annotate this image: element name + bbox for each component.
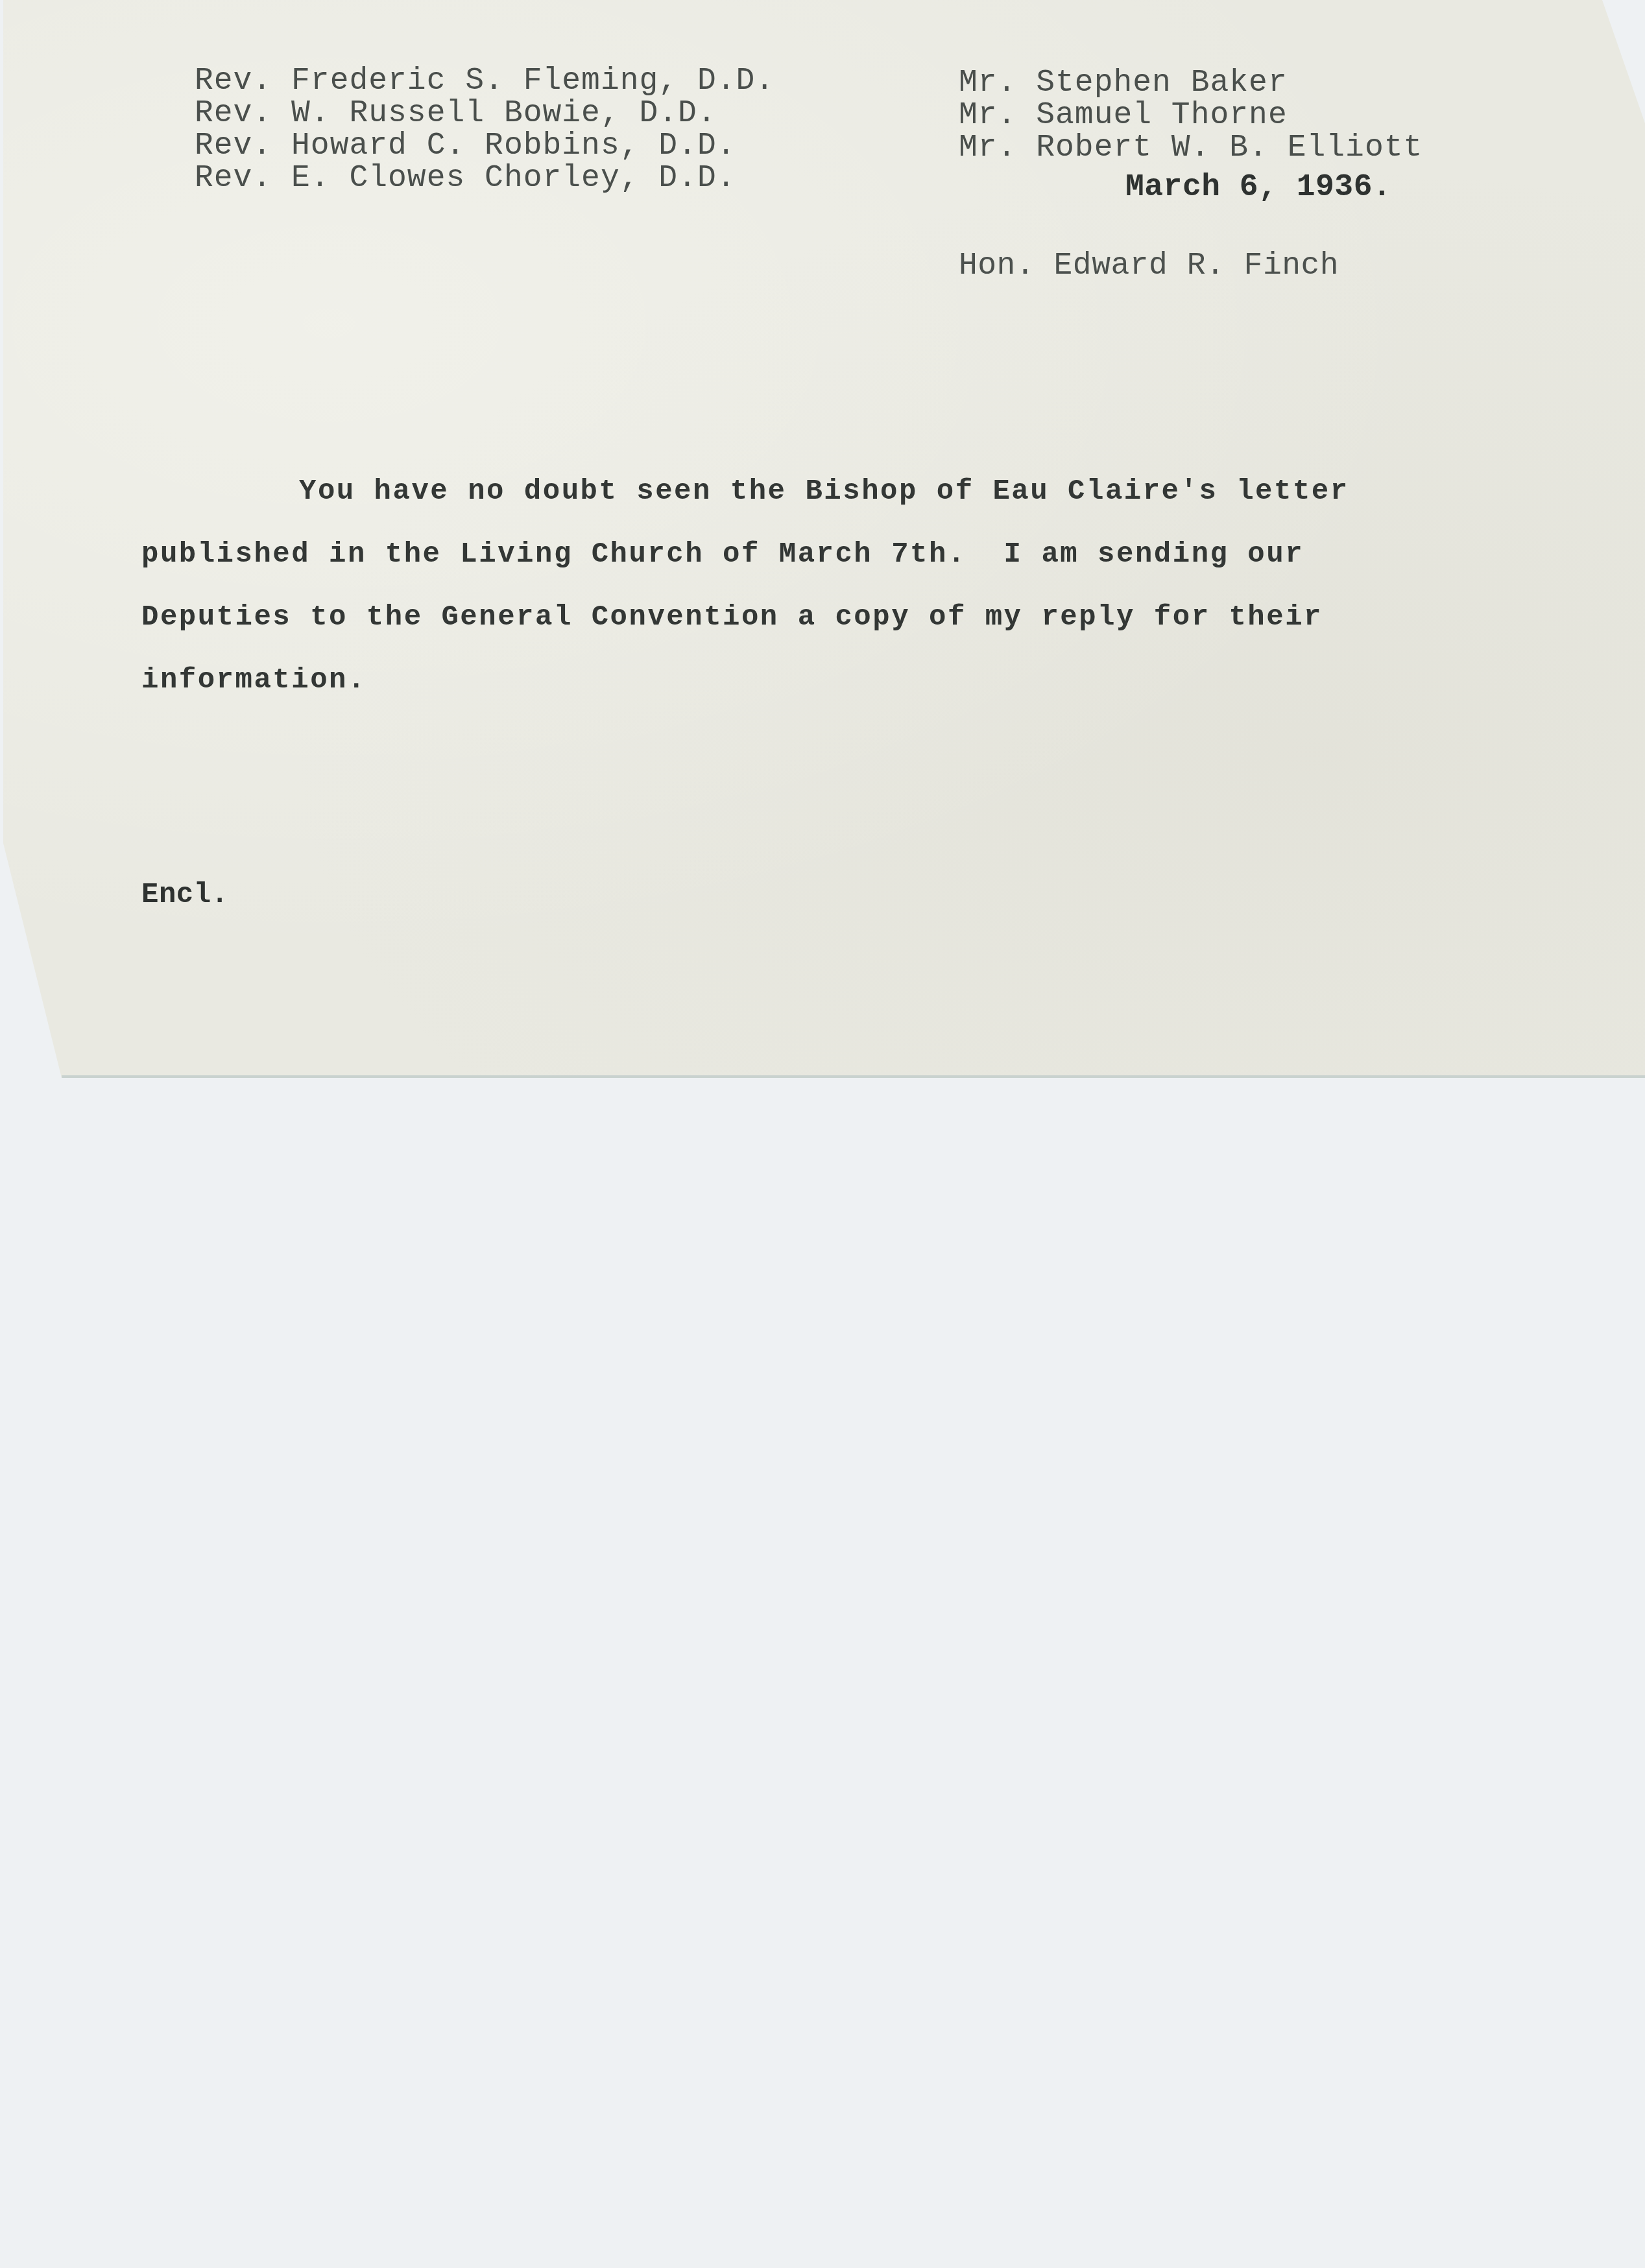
recipient-list-right: Mr. Stephen Baker Mr. Samuel Thorne Mr. … <box>959 67 1423 164</box>
recipient: Rev. Frederic S. Fleming, D.D. <box>195 65 774 97</box>
recipient-list-left: Rev. Frederic S. Fleming, D.D. Rev. W. R… <box>195 65 774 195</box>
recipient-extra: Hon. Edward R. Finch <box>959 250 1339 282</box>
recipient: Rev. E. Clowes Chorley, D.D. <box>195 162 774 195</box>
recipient: Rev. W. Russell Bowie, D.D. <box>195 97 774 130</box>
recipient: Mr. Stephen Baker <box>959 67 1423 99</box>
letter-body: You have no doubt seen the Bishop of Eau… <box>141 460 1439 712</box>
body-line: You have no doubt seen the Bishop of Eau… <box>141 460 1439 523</box>
body-line: published in the Living Church of March … <box>141 523 1439 586</box>
body-line: information. <box>141 649 1439 712</box>
recipient: Mr. Robert W. B. Elliott <box>959 132 1423 164</box>
paper-bottom-edge <box>62 1075 1645 1078</box>
letter-date: March 6, 1936. <box>1125 171 1391 204</box>
enclosure-note: Encl. <box>141 879 229 911</box>
recipient: Rev. Howard C. Robbins, D.D. <box>195 130 774 162</box>
recipient: Mr. Samuel Thorne <box>959 99 1423 132</box>
body-line: Deputies to the General Convention a cop… <box>141 586 1439 649</box>
